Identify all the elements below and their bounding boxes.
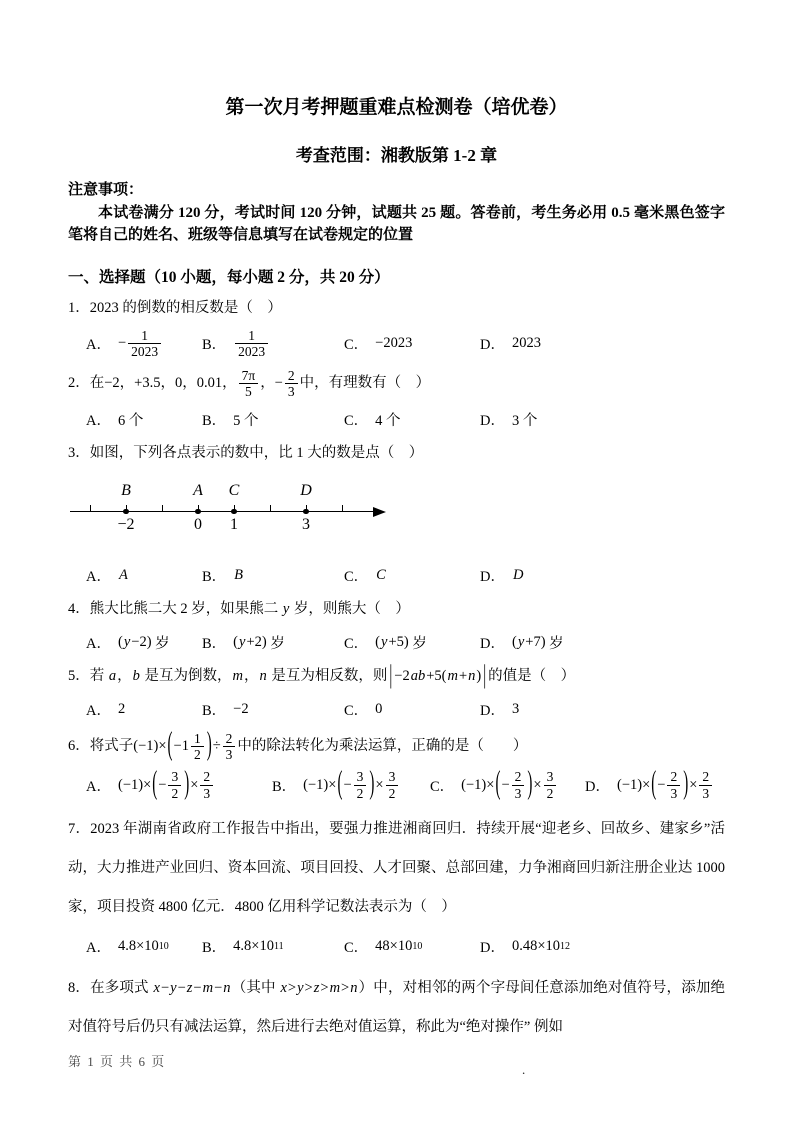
question-stem: 2．在−2，+3.5，0，0.01，7π5，−23中，有理数有（ ） (68, 368, 725, 399)
exam-page: 第一次月考押题重难点检测卷（培优卷） 考查范围：湘教版第 1-2 章 注意事项：… (0, 0, 793, 1122)
question-stem: 3．如图，下列各点表示的数中，比 1 大的数是点（ ） (68, 441, 725, 466)
math-text: × (375, 777, 383, 794)
option: A．2 (86, 699, 202, 720)
absolute-value-bar: | (483, 654, 486, 699)
math-text: +2) (246, 634, 266, 651)
question-6: 6．将式子(−1)×(−112)÷23中的除法转化为乘法运算，正确的是（ ）A．… (68, 731, 725, 800)
math-text: × (533, 777, 541, 794)
option-label: D． (480, 936, 505, 957)
option: B．−2 (202, 699, 344, 720)
math-variable: D (512, 567, 524, 584)
math-text: −2023 (375, 335, 412, 352)
option-content: 4.8×1010 (118, 938, 169, 955)
math-text: 是互为倒数， (141, 668, 232, 684)
math-text: 4 个 (375, 409, 400, 430)
math-variable: y (296, 980, 304, 996)
option-content: 3 (512, 701, 519, 718)
math-text: （其中 (232, 980, 280, 996)
fraction: 12 (191, 731, 204, 762)
question-5: 5．若 a，b 是互为倒数，m，n 是互为相反数，则|−2ab+5(m+n)|的… (68, 664, 725, 722)
math-variable: m (202, 980, 214, 996)
numberline-value-label: 1 (230, 516, 238, 534)
question-stem: 5．若 a，b 是互为倒数，m，n 是互为相反数，则|−2ab+5(m+n)|的… (68, 664, 725, 689)
math-text: ÷ (213, 738, 221, 754)
fraction: 23 (667, 769, 680, 800)
big-right-paren: ) (527, 767, 532, 804)
option-content: 2 (118, 701, 125, 718)
math-text: > (288, 980, 296, 996)
math-text: 的值是（ ） (488, 668, 575, 684)
option-content: 0 (375, 701, 382, 718)
options-row: A．6 个B．5 个C．4 个D．3 个 (68, 406, 725, 432)
math-text: > (341, 980, 349, 996)
numberline-point-label: C (229, 482, 240, 500)
fraction: 23 (699, 769, 712, 800)
option-label: D． (480, 409, 505, 430)
fraction-numerator: 2 (512, 769, 525, 784)
option-content: −2023 (375, 335, 412, 352)
math-variable: n (467, 668, 476, 684)
fraction-denominator: 3 (200, 785, 213, 801)
option-label: A． (86, 775, 111, 796)
math-variable: C (375, 567, 387, 584)
math-text: > (305, 980, 313, 996)
options-row: A．AB．BC．CD．D (68, 562, 725, 588)
option: C．48×1010 (344, 936, 480, 957)
math-text: 2．在−2，+3.5，0，0.01， (68, 375, 237, 391)
math-text: 3 (512, 701, 519, 718)
option-content: (y−2) 岁 (118, 632, 170, 653)
question-3: 3．如图，下列各点表示的数中，比 1 大的数是点（ ）BACD−2013A．AB… (68, 441, 725, 588)
fraction-denominator: 5 (239, 383, 259, 399)
fraction-numerator: 1 (128, 328, 161, 343)
question-stem: 6．将式子(−1)×(−112)÷23中的除法转化为乘法运算，正确的是（ ） (68, 731, 725, 762)
option: C．(y+5) 岁 (344, 632, 480, 653)
math-variable: n (222, 980, 231, 996)
math-text: 4.8×10 (118, 938, 159, 955)
question-7: 7．2023 年湖南省政府工作报告中指出，要强力推进湘商回归．持续开展“迎老乡、… (68, 810, 725, 960)
option-label: A． (86, 936, 111, 957)
fraction-denominator: 2023 (235, 343, 268, 359)
math-text: 5 个 (233, 409, 258, 430)
page-footer: 第 1 页 共 6 页 (68, 1051, 166, 1070)
numberline-tick (162, 505, 163, 512)
math-text: 7．2023 年湖南省政府工作报告中指出，要强力推进湘商回归．持续开展“迎老乡、… (68, 821, 729, 915)
math-variable: b (132, 668, 141, 684)
fraction: 32 (544, 769, 557, 800)
exponent: 12 (560, 941, 570, 952)
fraction-numerator: 1 (191, 731, 204, 746)
math-text: 4.8×10 (233, 938, 274, 955)
option-content: 6 个 (118, 409, 143, 430)
numberline-value-label: 0 (194, 516, 202, 534)
fraction-denominator: 3 (285, 383, 298, 399)
math-text: ) (476, 668, 481, 684)
option-content: −2 (233, 701, 248, 718)
option-label: B． (202, 936, 226, 957)
options-row: A．(y−2) 岁B．(y+2) 岁C．(y+5) 岁D．(y+7) 岁 (68, 629, 725, 655)
math-variable: y (517, 634, 525, 651)
question-1: 1．2023 的倒数的相反数是（ ）A．−12023B．12023C．−2023… (68, 296, 725, 359)
page-subtitle: 考查范围：湘教版第 1-2 章 (68, 141, 725, 166)
math-text: − (343, 777, 351, 794)
numberline-arrowhead-icon (373, 507, 386, 517)
option: D．3 个 (480, 409, 725, 430)
options-row: A．2B．−2C．0D．3 (68, 696, 725, 722)
option-label: A． (86, 409, 111, 430)
fraction-denominator: 2 (168, 785, 181, 801)
option-label: A． (86, 333, 111, 354)
math-text: 中，有理数有（ ） (300, 375, 431, 391)
math-variable: y (380, 634, 388, 651)
math-text: 岁 (546, 632, 564, 653)
numberline-point (303, 509, 309, 515)
math-text: +5( (426, 668, 446, 684)
numberline-point-label: D (300, 482, 312, 500)
fraction: 23 (200, 769, 213, 800)
math-text: 8．在多项式 (68, 980, 153, 996)
math-text: ， (117, 668, 132, 684)
fraction: 23 (285, 368, 298, 399)
section-heading: 一、选择题（10 小题，每小题 2 分，共 20 分） (68, 265, 725, 287)
questions: 1．2023 的倒数的相反数是（ ）A．−12023B．12023C．−2023… (68, 296, 725, 1047)
fraction-numerator: 1 (235, 328, 268, 343)
big-left-paren: ( (168, 720, 173, 774)
math-variable: B (233, 567, 244, 584)
math-text: −2) (131, 634, 151, 651)
math-text: (−1)× (617, 777, 650, 794)
math-text: × (689, 777, 697, 794)
option: A．(−1)×(−32)×23 (86, 769, 272, 800)
fraction-numerator: 2 (223, 731, 236, 746)
option-content: (−1)×(−23)×32 (461, 769, 558, 800)
math-text: (−1)× (118, 777, 151, 794)
math-text: 中的除法转化为乘法运算，正确的是（ ） (237, 738, 527, 754)
option: A．(y−2) 岁 (86, 632, 202, 653)
option-label: A． (86, 565, 111, 586)
fraction-numerator: 7π (239, 368, 259, 383)
option: A．−12023 (86, 328, 202, 359)
options-row: A．(−1)×(−32)×23B．(−1)×(−32)×32C．(−1)×(−2… (68, 769, 725, 800)
option-label: B． (202, 699, 226, 720)
math-text: 岁 (409, 632, 427, 653)
math-text: 岁 (267, 632, 285, 653)
math-text: 5．若 (68, 668, 108, 684)
fraction: 12023 (235, 328, 268, 359)
option: D．0.48×1012 (480, 936, 725, 957)
page-title: 第一次月考押题重难点检测卷（培优卷） (68, 96, 725, 120)
option-label: C． (344, 936, 368, 957)
option: A．6 个 (86, 409, 202, 430)
fraction-numerator: 3 (386, 769, 399, 784)
option-content: (−1)×(−32)×23 (118, 769, 215, 800)
option-content: 2023 (512, 335, 541, 352)
math-text: −2 (233, 701, 248, 718)
option: C．−2023 (344, 333, 480, 354)
option: C．C (344, 565, 480, 586)
option-content: 3 个 (512, 409, 537, 430)
big-left-paren: ( (651, 767, 656, 804)
math-variable: ab (410, 668, 427, 684)
big-left-paren: ( (152, 767, 157, 804)
option-label: A． (86, 632, 111, 653)
math-text: 是互为相反数，则 (268, 668, 388, 684)
option-content: 4.8×1011 (233, 938, 283, 955)
option-content: (y+2) 岁 (233, 632, 285, 653)
option: B．12023 (202, 328, 344, 359)
big-right-paren: ) (369, 767, 374, 804)
math-text: 0 (375, 701, 382, 718)
math-variable: x (153, 980, 161, 996)
option-label: C． (344, 565, 368, 586)
option-label: C． (344, 409, 368, 430)
math-text: 1．2023 的倒数的相反数是（ ） (68, 300, 282, 316)
question-stem: 7．2023 年湖南省政府工作报告中指出，要强力推进湘商回归．持续开展“迎老乡、… (68, 810, 725, 927)
option: B．4.8×1011 (202, 936, 344, 957)
math-text: 4．熊大比熊二大 2 岁，如果熊二 (68, 601, 282, 617)
option-content: 12023 (233, 328, 270, 359)
fraction-denominator: 3 (699, 785, 712, 801)
math-text: + (459, 668, 467, 684)
option: D．D (480, 565, 725, 586)
math-text: × (190, 777, 198, 794)
fraction-numerator: 2 (699, 769, 712, 784)
fraction-denominator: 2 (354, 785, 367, 801)
numberline-point (123, 509, 129, 515)
option-label: D． (480, 632, 505, 653)
option-label: D． (480, 699, 505, 720)
math-text: − (501, 777, 509, 794)
fraction: 32 (354, 769, 367, 800)
big-right-paren: ) (184, 767, 189, 804)
math-text: 3．如图，下列各点表示的数中，比 1 大的数是点（ ） (68, 445, 423, 461)
exponent: 10 (412, 941, 422, 952)
math-text: ，− (260, 375, 283, 391)
math-variable: A (118, 567, 129, 584)
option-content: (−1)×(−32)×32 (303, 769, 400, 800)
option-label: C． (344, 333, 368, 354)
math-variable: y (123, 634, 131, 651)
math-text: − (657, 777, 665, 794)
math-variable: m (232, 668, 244, 684)
option: C．(−1)×(−23)×32 (430, 769, 585, 800)
fraction: 12023 (128, 328, 161, 359)
option-content: 48×1010 (375, 938, 422, 955)
fraction-denominator: 2 (191, 746, 204, 762)
option: C．0 (344, 699, 480, 720)
math-text: − (178, 980, 186, 996)
option-label: B． (202, 333, 226, 354)
math-text: 6 个 (118, 409, 143, 430)
fraction-numerator: 2 (285, 368, 298, 383)
question-4: 4．熊大比熊二大 2 岁，如果熊二 y 岁，则熊大（ ）A．(y−2) 岁B．(… (68, 597, 725, 655)
math-text: 2023 (512, 335, 541, 352)
math-text: +5) (388, 634, 408, 651)
options-row: A．−12023B．12023C．−2023D．2023 (68, 328, 725, 359)
option: A．A (86, 565, 202, 586)
math-text: 3 个 (512, 409, 537, 430)
math-text: (−1)× (133, 738, 166, 754)
math-text: 48×10 (375, 938, 412, 955)
option-content: (y+5) 岁 (375, 632, 427, 653)
notice-label: 注意事项： (68, 179, 725, 201)
numberline-point (195, 509, 201, 515)
option: B．(y+2) 岁 (202, 632, 344, 653)
option-label: B． (202, 565, 226, 586)
math-text: (−1)× (461, 777, 494, 794)
big-right-paren: ) (683, 767, 688, 804)
numberline-value-label: −2 (117, 516, 134, 534)
fraction-denominator: 2 (386, 785, 399, 801)
math-text: 6．将式子 (68, 738, 133, 754)
option: D．2023 (480, 333, 725, 354)
option-label: C． (344, 632, 368, 653)
math-variable: y (169, 980, 177, 996)
math-variable: n (258, 668, 267, 684)
math-text: − (118, 335, 126, 352)
question-8: 8．在多项式 x−y−z−m−n（其中 x>y>z>m>n）中，对相邻的两个字母… (68, 969, 725, 1047)
numberline-tick (270, 505, 271, 512)
math-text: +7) (525, 634, 545, 651)
math-text: − (158, 777, 166, 794)
option: D．(−1)×(−23)×23 (585, 769, 725, 800)
fraction-numerator: 2 (667, 769, 680, 784)
fraction: 23 (512, 769, 525, 800)
footer-dot: . (522, 1062, 525, 1078)
fraction-denominator: 3 (667, 785, 680, 801)
fraction: 32 (386, 769, 399, 800)
fraction-denominator: 2 (544, 785, 557, 801)
option: A．4.8×1010 (86, 936, 202, 957)
absolute-value-bar: | (389, 654, 392, 699)
big-left-paren: ( (337, 767, 342, 804)
option-content: 4 个 (375, 409, 400, 430)
option: D．(y+7) 岁 (480, 632, 725, 653)
fraction: 32 (168, 769, 181, 800)
notice-text: 本试卷满分 120 分，考试时间 120 分钟，试题共 25 题。答卷前，考生务… (68, 202, 725, 246)
option-content: A (118, 567, 129, 584)
option-content: (−1)×(−23)×23 (617, 769, 714, 800)
exponent: 11 (274, 941, 284, 952)
option-label: C． (344, 699, 368, 720)
option-label: B． (202, 409, 226, 430)
option: B．(−1)×(−32)×32 (272, 769, 430, 800)
math-text: (−1)× (303, 777, 336, 794)
fraction-denominator: 3 (223, 746, 236, 762)
fraction-denominator: 2023 (128, 343, 161, 359)
fraction-denominator: 3 (512, 785, 525, 801)
math-variable: y (238, 634, 246, 651)
option: D．3 (480, 699, 725, 720)
math-text: 岁，则熊大（ ） (290, 601, 410, 617)
numberline-tick (342, 505, 343, 512)
math-text: − (161, 980, 169, 996)
numberline-point-label: A (193, 482, 203, 500)
option-content: B (233, 567, 244, 584)
numberline-tick (90, 505, 91, 512)
question-stem: 4．熊大比熊二大 2 岁，如果熊二 y 岁，则熊大（ ） (68, 597, 725, 622)
option: B．B (202, 565, 344, 586)
fraction: 23 (223, 731, 236, 762)
option-label: D． (480, 333, 505, 354)
option: C．4 个 (344, 409, 480, 430)
numberline-point (231, 509, 237, 515)
numberline-axis (70, 511, 376, 512)
options-row: A．4.8×1010B．4.8×1011C．48×1010D．0.48×1012 (68, 934, 725, 960)
math-variable: x (279, 980, 287, 996)
option-label: C． (430, 775, 454, 796)
option-label: D． (480, 565, 505, 586)
fraction-numerator: 3 (354, 769, 367, 784)
math-variable: m (329, 980, 341, 996)
fraction: 7π5 (239, 368, 259, 399)
numberline-point-label: B (121, 482, 131, 500)
option-content: −12023 (118, 328, 163, 359)
option-label: A． (86, 699, 111, 720)
option-label: B． (272, 775, 296, 796)
question-2: 2．在−2，+3.5，0，0.01，7π5，−23中，有理数有（ ）A．6 个B… (68, 368, 725, 432)
math-text: 2 (118, 701, 125, 718)
question-stem: 1．2023 的倒数的相反数是（ ） (68, 296, 725, 321)
page-content: 第一次月考押题重难点检测卷（培优卷） 考查范围：湘教版第 1-2 章 注意事项：… (0, 0, 793, 1047)
option-content: D (512, 567, 524, 584)
option-label: D． (585, 775, 610, 796)
option-content: 5 个 (233, 409, 258, 430)
option-content: (y+7) 岁 (512, 632, 564, 653)
option-label: B． (202, 632, 226, 653)
option-content: C (375, 567, 387, 584)
numberline-figure: BACD−2013 (70, 481, 410, 545)
math-text: > (320, 980, 328, 996)
big-left-paren: ( (495, 767, 500, 804)
numberline-value-label: 3 (302, 516, 310, 534)
math-text: − (193, 980, 201, 996)
question-stem: 8．在多项式 x−y−z−m−n（其中 x>y>z>m>n）中，对相邻的两个字母… (68, 969, 725, 1047)
fraction-numerator: 3 (544, 769, 557, 784)
big-right-paren: ) (207, 720, 212, 774)
option-content: 0.48×1012 (512, 938, 570, 955)
exponent: 10 (159, 941, 169, 952)
option: B．5 个 (202, 409, 344, 430)
math-text: −1 (174, 738, 189, 754)
math-text: 0.48×10 (512, 938, 560, 955)
math-text: −2 (394, 668, 409, 684)
math-text: ， (244, 668, 259, 684)
math-text: 岁 (152, 632, 170, 653)
math-variable: m (446, 668, 458, 684)
math-variable: a (108, 668, 117, 684)
